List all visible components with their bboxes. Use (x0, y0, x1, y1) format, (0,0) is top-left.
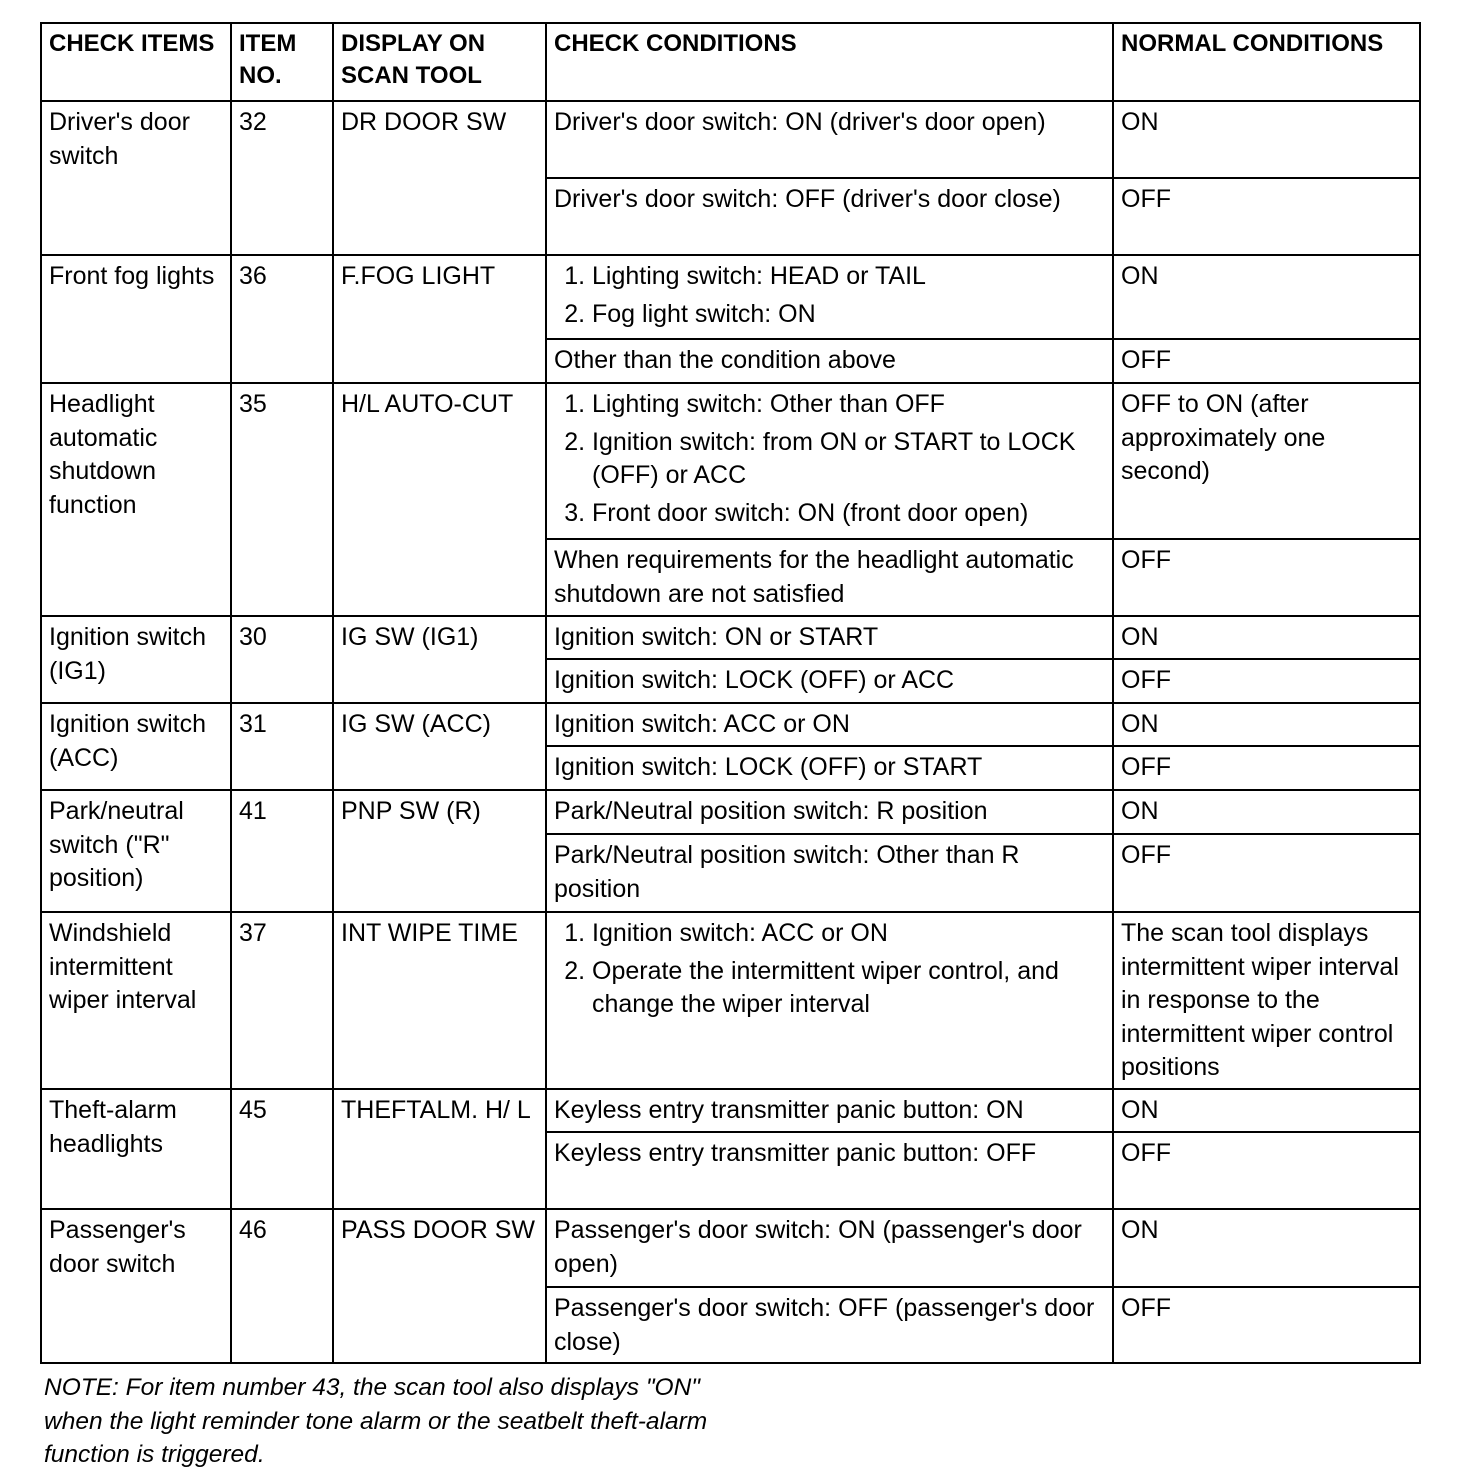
check-condition-cell: Passenger's door switch: OFF (passenger'… (546, 1287, 1113, 1363)
check-item-cell: Ignition switch (ACC) (41, 703, 231, 790)
check-item-cell: Windshield intermittent wiper interval (41, 912, 231, 1089)
condition-step: Ignition switch: from ON or START to LOC… (592, 426, 1105, 493)
table-row: Driver's door switch32DR DOOR SWDriver's… (41, 101, 1420, 178)
check-item-cell: Ignition switch (IG1) (41, 616, 231, 703)
normal-condition-cell: ON (1113, 703, 1420, 746)
item-no-cell: 36 (231, 255, 333, 383)
table-row: Headlight automatic shutdown function35H… (41, 383, 1420, 539)
check-items-table: CHECK ITEMS ITEM NO. DISPLAY ON SCAN TOO… (40, 22, 1421, 1364)
display-cell: H/L AUTO-CUT (333, 383, 546, 616)
item-no-cell: 30 (231, 616, 333, 703)
item-no-cell: 35 (231, 383, 333, 616)
normal-condition-cell: OFF to ON (after approximately one secon… (1113, 383, 1420, 539)
check-item-cell: Theft-alarm headlights (41, 1089, 231, 1209)
check-item-cell: Driver's door switch (41, 101, 231, 255)
normal-condition-cell: ON (1113, 616, 1420, 659)
check-condition-cell: Park/Neutral position switch: R position (546, 790, 1113, 834)
header-row: CHECK ITEMS ITEM NO. DISPLAY ON SCAN TOO… (41, 23, 1420, 101)
check-condition-cell: Keyless entry transmitter panic button: … (546, 1089, 1113, 1132)
display-cell: INT WIPE TIME (333, 912, 546, 1089)
item-no-cell: 31 (231, 703, 333, 790)
normal-condition-cell: ON (1113, 101, 1420, 178)
check-item-cell: Park/neutral switch ("R" position) (41, 790, 231, 912)
item-no-cell: 46 (231, 1209, 333, 1363)
footnote: NOTE: For item number 43, the scan tool … (44, 1371, 744, 1472)
header-display: DISPLAY ON SCAN TOOL (333, 23, 546, 101)
table-row: Front fog lights36F.FOG LIGHTLighting sw… (41, 255, 1420, 339)
condition-steps: Lighting switch: Other than OFFIgnition … (554, 388, 1105, 530)
normal-condition-cell: ON (1113, 1089, 1420, 1132)
normal-condition-cell: OFF (1113, 339, 1420, 383)
condition-step: Ignition switch: ACC or ON (592, 917, 1105, 951)
check-condition-cell: Passenger's door switch: ON (passenger's… (546, 1209, 1113, 1287)
display-cell: IG SW (ACC) (333, 703, 546, 790)
table-row: Ignition switch (ACC)31IG SW (ACC)Igniti… (41, 703, 1420, 746)
check-condition-cell: Ignition switch: ACC or ONOperate the in… (546, 912, 1113, 1089)
display-cell: F.FOG LIGHT (333, 255, 546, 383)
condition-step: Front door switch: ON (front door open) (592, 497, 1105, 531)
condition-step: Operate the intermittent wiper control, … (592, 955, 1105, 1022)
normal-condition-cell: OFF (1113, 1287, 1420, 1363)
normal-condition-cell: OFF (1113, 746, 1420, 790)
table-row: Ignition switch (IG1)30IG SW (IG1)Igniti… (41, 616, 1420, 659)
header-normal-conditions: NORMAL CONDITIONS (1113, 23, 1420, 101)
condition-step: Lighting switch: HEAD or TAIL (592, 260, 1105, 294)
item-no-cell: 45 (231, 1089, 333, 1209)
check-item-cell: Front fog lights (41, 255, 231, 383)
header-item-no: ITEM NO. (231, 23, 333, 101)
table-row: Park/neutral switch ("R" position)41PNP … (41, 790, 1420, 834)
normal-condition-cell: OFF (1113, 539, 1420, 616)
normal-condition-cell: ON (1113, 1209, 1420, 1287)
normal-condition-cell: OFF (1113, 178, 1420, 255)
table-row: Windshield intermittent wiper interval37… (41, 912, 1420, 1089)
item-no-cell: 32 (231, 101, 333, 255)
condition-steps: Lighting switch: HEAD or TAILFog light s… (554, 260, 1105, 331)
display-cell: PNP SW (R) (333, 790, 546, 912)
check-condition-cell: When requirements for the headlight auto… (546, 539, 1113, 616)
normal-condition-cell: ON (1113, 255, 1420, 339)
normal-condition-cell: OFF (1113, 659, 1420, 703)
condition-step: Lighting switch: Other than OFF (592, 388, 1105, 422)
check-condition-cell: Driver's door switch: OFF (driver's door… (546, 178, 1113, 255)
normal-condition-cell: OFF (1113, 834, 1420, 912)
header-check-items: CHECK ITEMS (41, 23, 231, 101)
check-item-cell: Headlight automatic shutdown function (41, 383, 231, 616)
check-condition-cell: Ignition switch: ACC or ON (546, 703, 1113, 746)
display-cell: THEFTALM. H/ L (333, 1089, 546, 1209)
check-condition-cell: Driver's door switch: ON (driver's door … (546, 101, 1113, 178)
check-condition-cell: Ignition switch: LOCK (OFF) or START (546, 746, 1113, 790)
table-body: Driver's door switch32DR DOOR SWDriver's… (41, 101, 1420, 1363)
check-condition-cell: Lighting switch: Other than OFFIgnition … (546, 383, 1113, 539)
normal-condition-cell: OFF (1113, 1132, 1420, 1209)
check-condition-cell: Ignition switch: ON or START (546, 616, 1113, 659)
condition-steps: Ignition switch: ACC or ONOperate the in… (554, 917, 1105, 1022)
check-condition-cell: Park/Neutral position switch: Other than… (546, 834, 1113, 912)
normal-condition-cell: ON (1113, 790, 1420, 834)
table-row: Theft-alarm headlights45THEFTALM. H/ LKe… (41, 1089, 1420, 1132)
check-item-cell: Passenger's door switch (41, 1209, 231, 1363)
check-condition-cell: Lighting switch: HEAD or TAILFog light s… (546, 255, 1113, 339)
display-cell: DR DOOR SW (333, 101, 546, 255)
check-condition-cell: Ignition switch: LOCK (OFF) or ACC (546, 659, 1113, 703)
check-condition-cell: Keyless entry transmitter panic button: … (546, 1132, 1113, 1209)
table-row: Passenger's door switch46PASS DOOR SWPas… (41, 1209, 1420, 1287)
item-no-cell: 41 (231, 790, 333, 912)
check-condition-cell: Other than the condition above (546, 339, 1113, 383)
normal-condition-cell: The scan tool displays intermittent wipe… (1113, 912, 1420, 1089)
condition-step: Fog light switch: ON (592, 298, 1105, 332)
display-cell: PASS DOOR SW (333, 1209, 546, 1363)
item-no-cell: 37 (231, 912, 333, 1089)
header-check-conditions: CHECK CONDITIONS (546, 23, 1113, 101)
display-cell: IG SW (IG1) (333, 616, 546, 703)
